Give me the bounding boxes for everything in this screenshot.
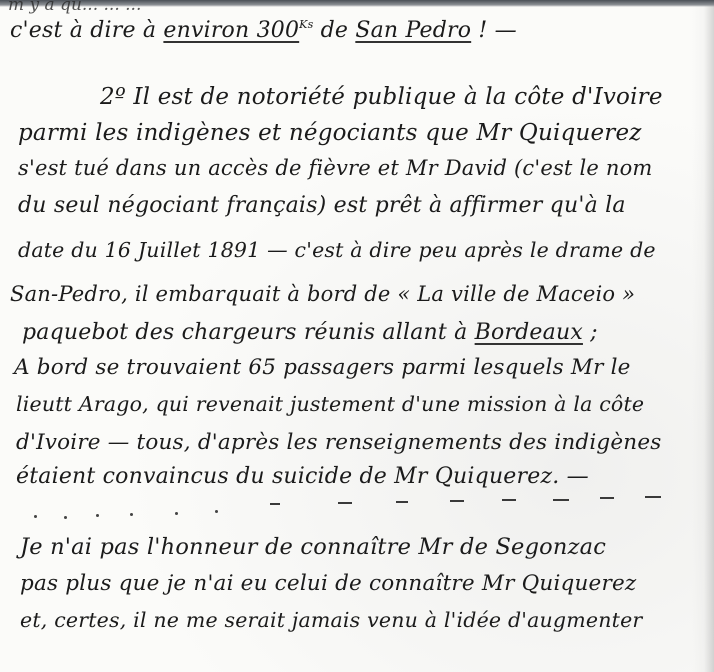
line-1: c'est à dire à environ 300Ks de San Pedr… [10, 18, 517, 43]
line-6: date du 16 Juillet 1891 — c'est à dire p… [18, 238, 656, 262]
line-5: du seul négociant français) est prêt à a… [18, 193, 626, 218]
line-3: parmi les indigènes et négociants que Mr… [18, 120, 642, 146]
line-13: Je n'ai pas l'honneur de connaître Mr de… [20, 534, 606, 560]
line-2: 2º Il est de notoriété publique à la côt… [100, 84, 663, 110]
line-7: San-Pedro, il embarquait à bord de « La … [10, 282, 635, 306]
line-11: d'Ivoire — tous, d'après les renseigneme… [16, 430, 662, 455]
line-15: et, certes, il ne me serait jamais venu … [20, 608, 642, 632]
document-page: m y a qu... ... ... c'est à dire à envir… [0, 0, 714, 672]
line-14: pas plus que je n'ai eu celui de connaît… [20, 571, 636, 596]
line-12: étaient convaincus du suicide de Mr Quiq… [16, 464, 589, 489]
cut-off-top-line: m y a qu... ... ... [0, 0, 714, 14]
line-4: s'est tué dans un accès de fièvre et Mr … [18, 156, 653, 180]
line-10: lieutt Arago, qui revenait justement d'u… [16, 392, 644, 416]
line-8: paquebot des chargeurs réunis allant à B… [22, 320, 598, 345]
line-9: A bord se trouvaient 65 passagers parmi … [14, 355, 631, 380]
